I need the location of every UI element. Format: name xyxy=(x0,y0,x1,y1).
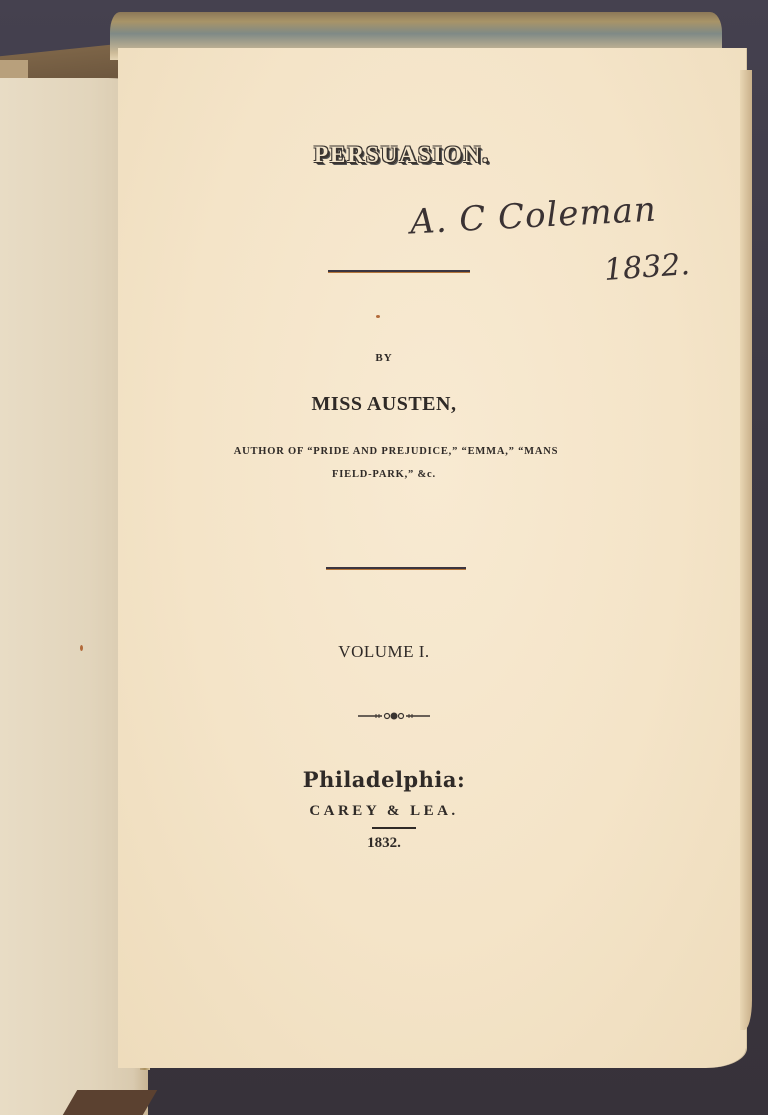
ink-spot xyxy=(376,315,380,318)
ornament-flourish-icon xyxy=(356,711,432,721)
publication-place: Philadelphia: xyxy=(0,767,768,792)
handwritten-signature: A. C Coleman xyxy=(409,190,658,243)
book-title: PERSUASION. xyxy=(282,142,522,168)
divider-rule-top xyxy=(328,270,470,272)
author-works-line2: FIELD-PARK,” &c. xyxy=(0,469,768,480)
by-label: BY xyxy=(0,352,768,364)
handwritten-year: 1832. xyxy=(603,247,691,288)
divider-rule-middle xyxy=(326,567,466,569)
author-name: MISS AUSTEN, xyxy=(0,393,768,416)
volume-label: VOLUME I. xyxy=(0,642,768,662)
publisher-name: CAREY & LEA. xyxy=(0,803,768,820)
foxing-spot xyxy=(80,645,83,651)
publication-year: 1832. xyxy=(0,835,768,852)
divider-rule-short xyxy=(372,827,416,829)
author-works-line1: AUTHOR OF “PRIDE AND PREJUDICE,” “EMMA,”… xyxy=(12,446,768,457)
title-page-content: PERSUASION. A. C Coleman 1832. BY MISS A… xyxy=(0,0,768,1115)
